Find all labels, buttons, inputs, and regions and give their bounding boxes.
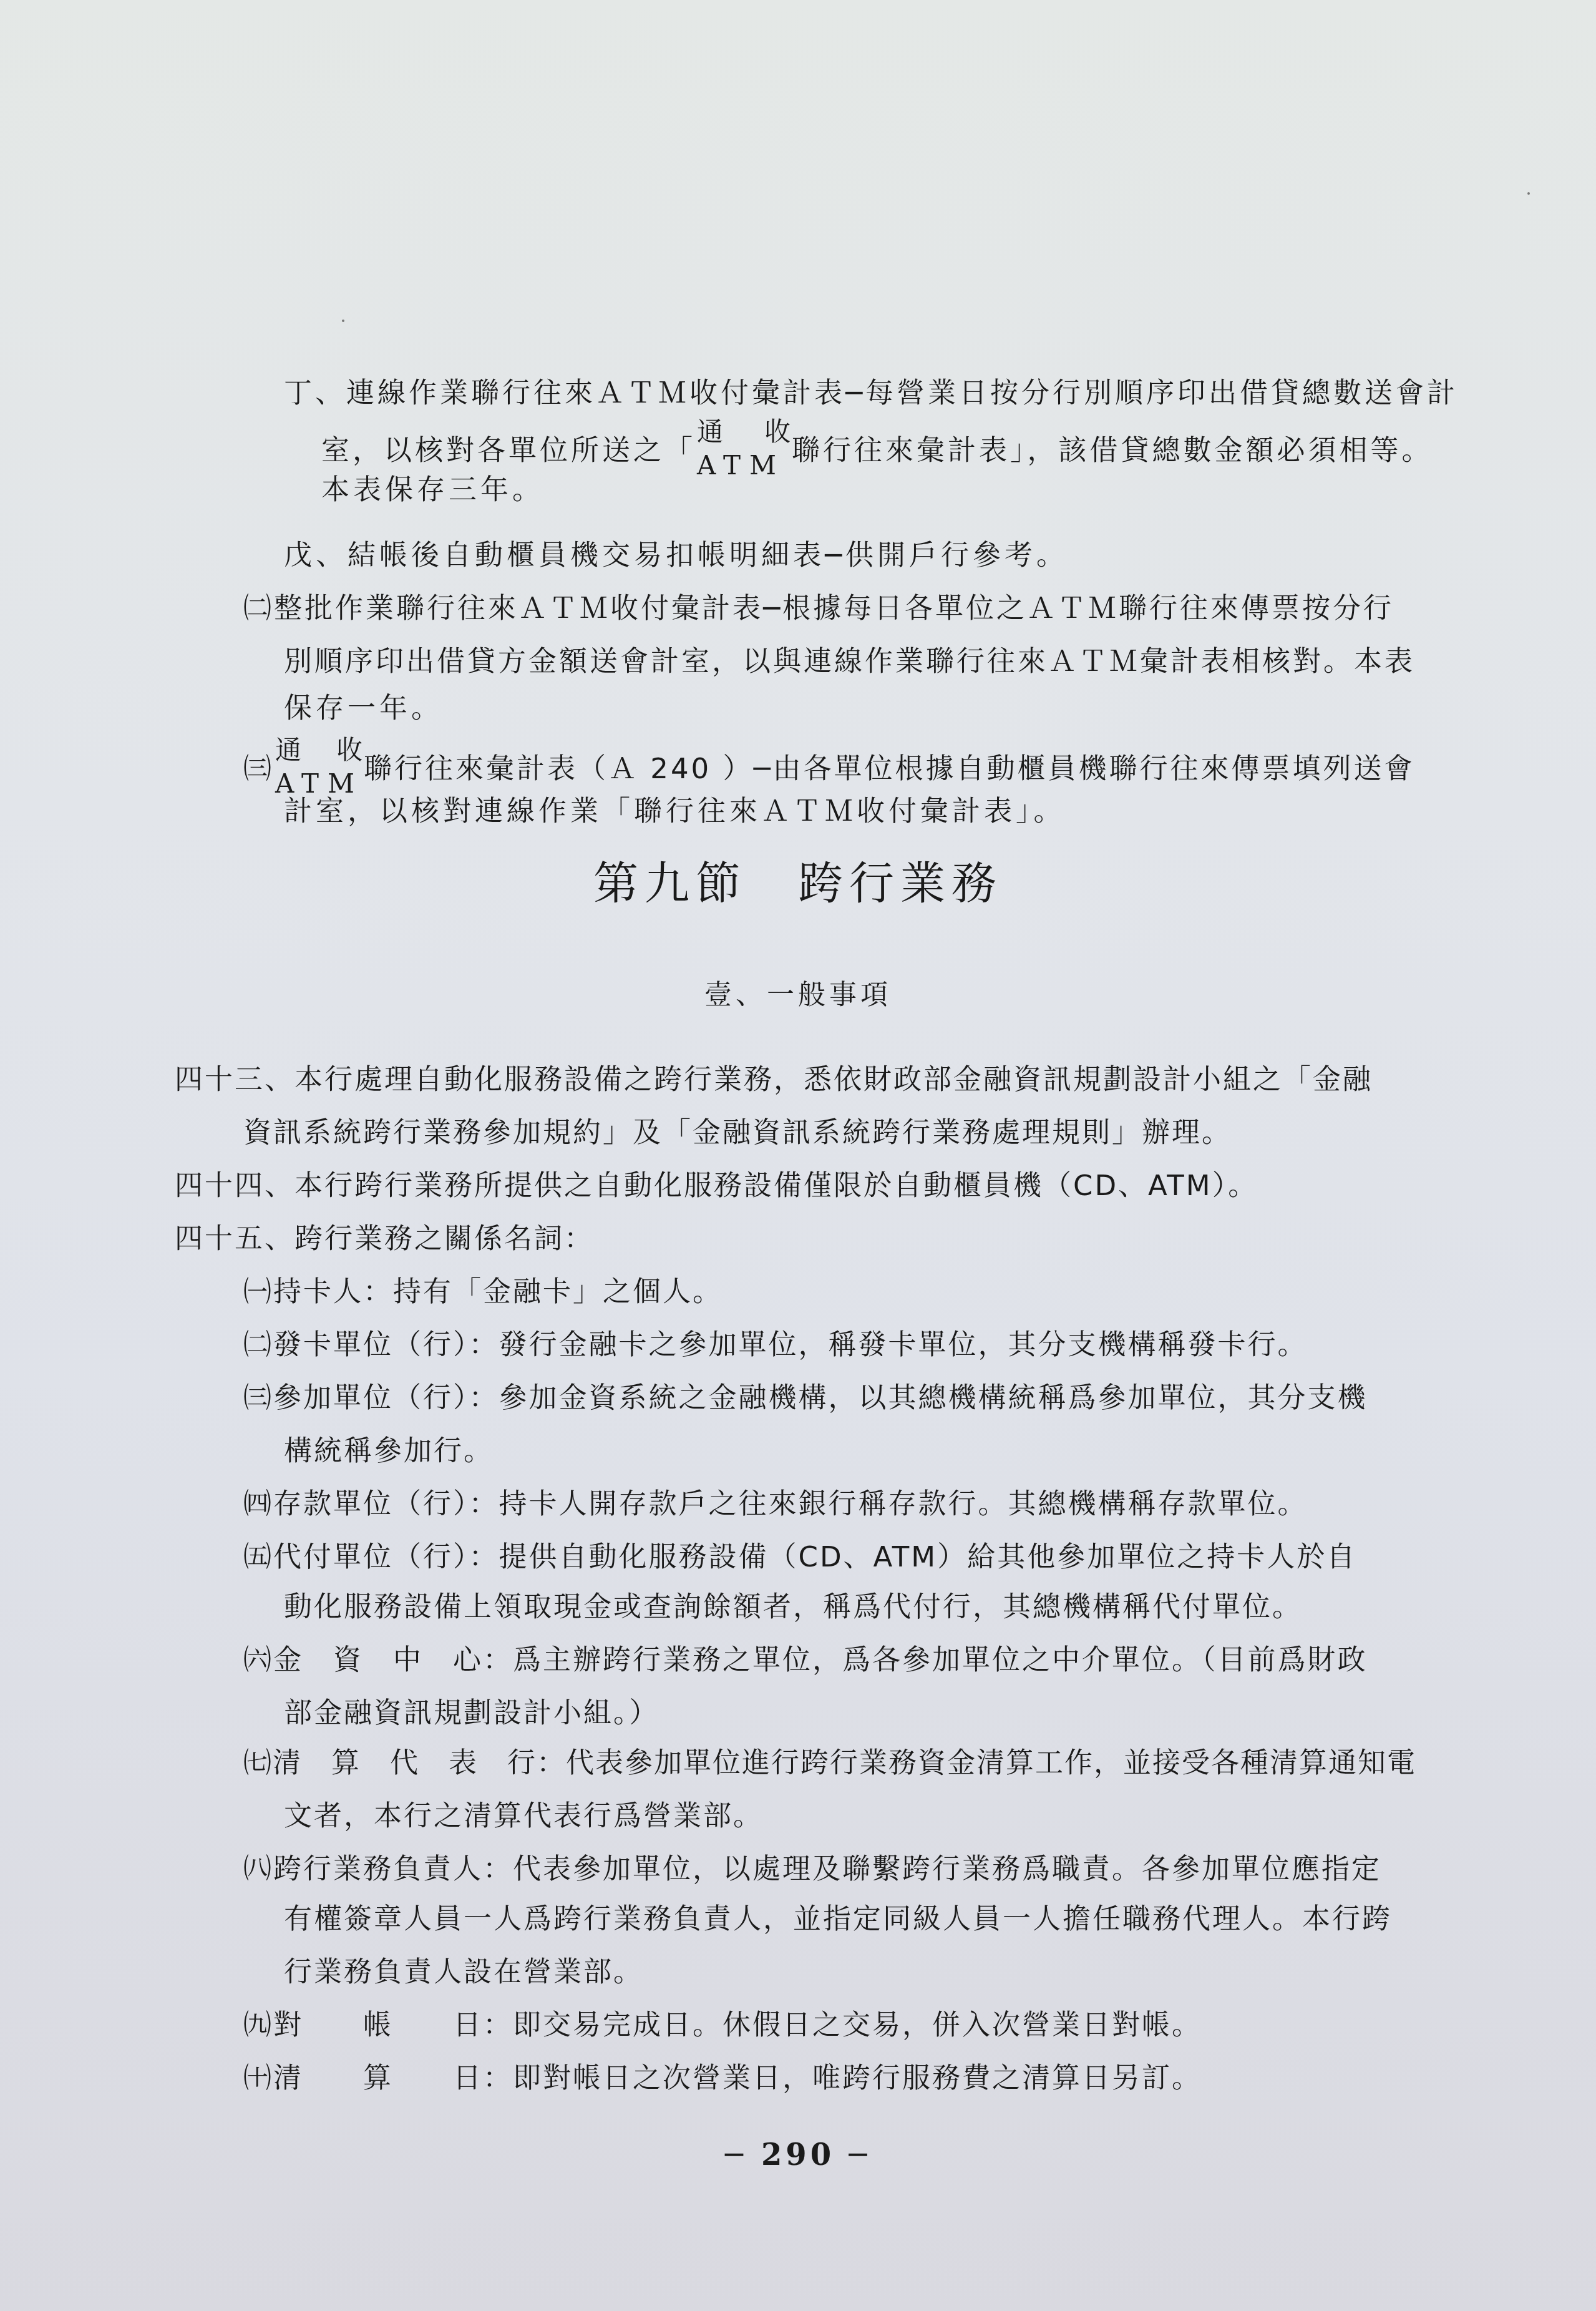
definition-8-line1: ㈧跨行業務負責人：代表參加單位，以處理及聯繫跨行業務爲職責。各參加單位應指定 (243, 1850, 1381, 1888)
definition-7-line1: ㈦清 算 代 表 行：代表參加單位進行跨行業務資金清算工作，並接受各種清算通知電 (243, 1744, 1416, 1782)
stack-top-left: 通 (697, 416, 723, 447)
definition-6-line2: 部金融資訊規劃設計小組。） (284, 1694, 659, 1732)
definition-9-line1: ㈨對 帳 日：即交易完成日。休假日之交易，併入次營業日對帳。 (243, 2006, 1202, 2044)
definition-8-line3: 行業務負責人設在營業部。 (284, 1953, 643, 1991)
definition-3-line1: ㈢參加單位（行）：參加金資系統之金融機構，以其總機構統稱爲參加單位，其分支機 (243, 1379, 1368, 1417)
article-45-line1: 四十五、跨行業務之關係名詞： (175, 1220, 594, 1258)
definition-5-line1: ㈤代付單位（行）：提供自動化服務設備（CD、ATM）給其他參加單位之持卡人於自 (243, 1538, 1356, 1576)
stack-top-right: 收 (336, 735, 363, 766)
definition-6-line1: ㈥金 資 中 心：爲主辦跨行業務之單位，爲各參加單位之中介單位。（目前爲財政 (243, 1641, 1368, 1679)
item-wu-line1: 戊、結帳後自動櫃員機交易扣帳明細表─供開戶行參考。 (284, 537, 1068, 574)
article-43-line1: 四十三、本行處理自動化服務設備之跨行業務，悉依財政部金融資訊規劃設計小組之「金融 (175, 1061, 1373, 1098)
stack-top-right: 收 (764, 416, 791, 447)
stack-bottom: ATM (697, 450, 791, 481)
item-3-line2: 計室，以核對連線作業「聯行往來ＡＴＭ收付彙計表」。 (284, 793, 1066, 830)
item-3-prefix: ㈢ (243, 752, 274, 785)
stack-top-left: 通 (275, 735, 301, 766)
paper-speck (342, 320, 344, 322)
item-3-line1-after: 聯行往來彙計表（Ａ 240 ）─由各單位根據自動櫃員機聯行往來傳票填列送會 (364, 752, 1415, 785)
item-2-line1: ㈡整批作業聯行往來ＡＴＭ收付彙計表─根據每日各單位之ＡＴＭ聯行往來傳票按分行 (243, 590, 1394, 627)
article-43-line2: 資訊系統跨行業務參加規約」及「金融資訊系統跨行業務處理規則」辦理。 (243, 1114, 1232, 1151)
definition-2-line1: ㈡發卡單位（行）：發行金融卡之參加單位，稱發卡單位，其分支機構稱發卡行。 (243, 1326, 1308, 1364)
article-44-line1: 四十四、本行跨行業務所提供之自動化服務設備僅限於自動櫃員機（CD、ATM）。 (175, 1167, 1258, 1204)
definition-5-line2: 動化服務設備上領取現金或查詢餘額者，稱爲代付行，其總機構稱代付單位。 (284, 1588, 1302, 1626)
definition-8-line2: 有權簽章人員一人爲跨行業務負責人，並指定同級人員一人擔任職務代理人。本行跨 (284, 1900, 1392, 1938)
definition-3-line2: 構統稱參加行。 (284, 1432, 494, 1470)
definition-4-line1: ㈣存款單位（行）：持卡人開存款戶之往來銀行稱存款行。其總機構稱存款單位。 (243, 1485, 1308, 1523)
subsection-title: 壹、一般事項 (0, 977, 1596, 1014)
definition-10-line1: ㈩清 算 日：即對帳日之次營業日，唯跨行服務費之清算日另訂。 (243, 2059, 1202, 2097)
section-title: 第九節 跨行業務 (0, 855, 1596, 911)
definition-7-line2: 文者，本行之清算代表行爲營業部。 (284, 1797, 763, 1835)
item-ding-line3: 本表保存三年。 (321, 471, 544, 509)
stacked-atm-label: 通收ATM (697, 421, 791, 484)
item-2-line3: 保存一年。 (284, 690, 443, 727)
item-ding-line2-before: 室，以核對各單位所送之「 (321, 434, 696, 467)
item-ding-line2-after: 聯行往來彙計表」，該借貸總數金額必須相等。 (792, 434, 1433, 467)
paper-speck (1527, 192, 1530, 195)
page-number-dash-right: ─ (849, 2138, 871, 2172)
item-ding-line1: 丁、連線作業聯行往來ＡＴＭ收付彙計表─每營業日按分行別順序印出借貸總數送會計 (284, 374, 1458, 412)
definition-1-line1: ㈠持卡人：持有「金融卡」之個人。 (243, 1273, 723, 1311)
item-2-line2: 別順序印出借貸方金額送會計室，以與連線作業聯行往來ＡＴＭ彙計表相核對。本表 (284, 643, 1415, 680)
page-number-value: 290 (761, 2138, 835, 2172)
page-number-dash-left: ─ (725, 2138, 747, 2172)
page-number: ─ 290 ─ (0, 2138, 1596, 2172)
